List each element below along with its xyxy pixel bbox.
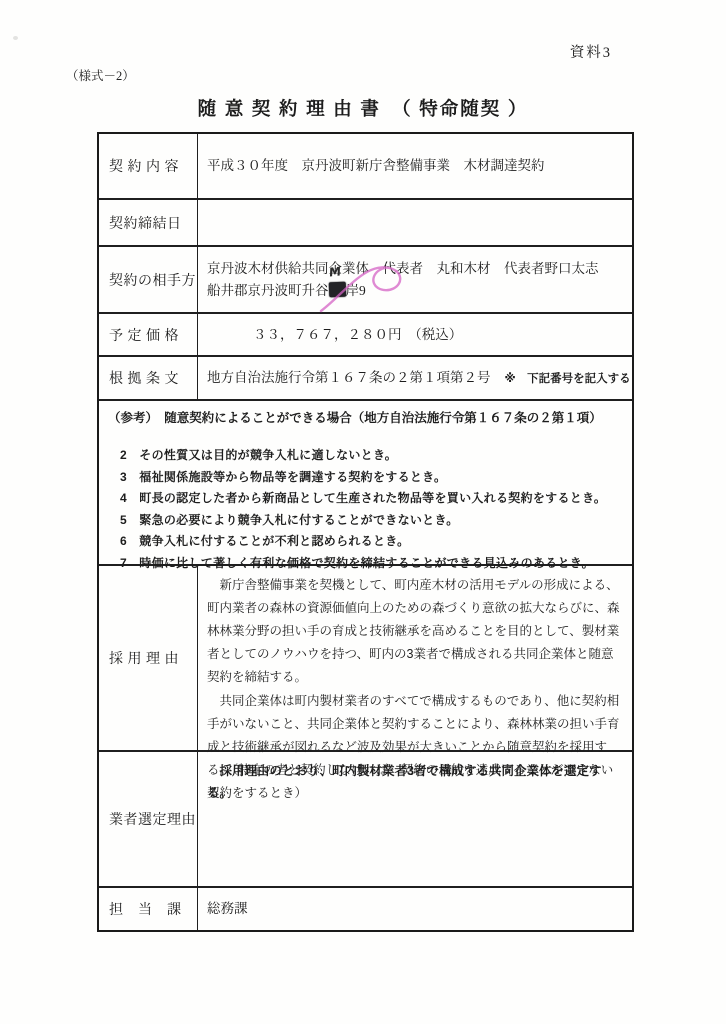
row-value: 地方自治法施行令第１６７条の２第１項第２号 ※ 下記番号を記入する <box>198 357 639 399</box>
reference-item: 3 福祉関係施設等から物品等を調達する契約をするとき。 <box>120 467 622 489</box>
row-value <box>198 200 632 245</box>
legal-basis-text: 地方自治法施行令第１６７条の２第１項第２号 <box>207 367 491 389</box>
counterparty-address-line: 船井郡京丹波町升谷岸9 <box>207 280 624 302</box>
adoption-paragraph: 新庁舎整備事業を契機として、町内産木材の活用モデルの形成による、町内業者の森林の… <box>207 574 624 689</box>
row-vendor-selection-reason: 業者選定理由 採用理由のとおり、町内製材業者3者で構成する共同企業体を選定する。 <box>99 750 632 886</box>
row-label: 契約の相手方 <box>99 247 198 312</box>
address-suffix: 岸9 <box>346 283 366 298</box>
reference-content: （参考） 随意契約によることができる場合（地方自治法施行令第１６７条の２第１項）… <box>99 401 632 564</box>
row-label: 予 定 価 格 <box>99 314 198 355</box>
row-value: 京丹波木材供給共同企業体 代表者 丸和木材 代表者野口太志 船井郡京丹波町升谷岸… <box>198 247 632 312</box>
form-number: （様式－2） <box>66 66 135 84</box>
row-label: 契約締結日 <box>99 200 198 245</box>
row-label: 契 約 内 容 <box>99 134 198 198</box>
row-planned-price: 予 定 価 格 ３３，７６７，２８０円 （税込） <box>99 312 632 355</box>
reference-section: （参考） 随意契約によることができる場合（地方自治法施行令第１６７条の２第１項）… <box>99 399 632 564</box>
reference-item: 2 その性質又は目的が競争入札に適しないとき。 <box>120 445 622 467</box>
row-legal-basis: 根 拠 条 文 地方自治法施行令第１６７条の２第１項第２号 ※ 下記番号を記入す… <box>99 355 632 399</box>
row-adoption-reason: 採 用 理 由 新庁舎整備事業を契機として、町内産木材の活用モデルの形成による、… <box>99 564 632 750</box>
reference-item-list: 2 その性質又は目的が競争入札に適しないとき。 3 福祉関係施設等から物品等を調… <box>108 445 622 574</box>
row-value: 新庁舎整備事業を契機として、町内産木材の活用モデルの形成による、町内業者の森林の… <box>198 566 632 750</box>
contract-reason-table: 契 約 内 容 平成３０年度 京丹波町新庁舎整備事業 木材調達契約 契約締結日 … <box>97 132 634 932</box>
row-department: 担 当 課 総務課 <box>99 886 632 930</box>
page-title: 随 意 契 約 理 由 書 （ 特命随契 ） <box>0 95 726 121</box>
reference-item: 4 町長の認定した者から新商品として生産された物品等を買い入れる契約をするとき。 <box>120 488 622 510</box>
reference-item: 5 緊急の必要により競争入札に付することができないとき。 <box>120 510 622 532</box>
row-contract-content: 契 約 内 容 平成３０年度 京丹波町新庁舎整備事業 木材調達契約 <box>99 134 632 198</box>
row-label: 業者選定理由 <box>99 752 198 886</box>
row-value: ３３，７６７，２８０円 （税込） <box>198 314 632 355</box>
row-value: 採用理由のとおり、町内製材業者3者で構成する共同企業体を選定する。 <box>198 752 632 886</box>
legal-basis-note: ※ 下記番号を記入する <box>505 368 631 390</box>
redaction-mark <box>328 281 346 297</box>
row-label: 採 用 理 由 <box>99 566 198 750</box>
row-counterparty: 契約の相手方 京丹波木材供給共同企業体 代表者 丸和木材 代表者野口太志 船井郡… <box>99 245 632 312</box>
scanned-document-page: 資料3 （様式－2） 随 意 契 約 理 由 書 （ 特命随契 ） 契 約 内 … <box>0 0 726 1024</box>
row-label: 根 拠 条 文 <box>99 357 198 399</box>
counterparty-name-line: 京丹波木材供給共同企業体 代表者 丸和木材 代表者野口太志 <box>207 258 624 280</box>
row-label: 担 当 課 <box>99 888 198 930</box>
legal-basis-line: 地方自治法施行令第１６７条の２第１項第２号 ※ 下記番号を記入する <box>207 367 631 390</box>
scan-speck <box>13 36 18 40</box>
row-contract-date: 契約締結日 <box>99 198 632 245</box>
row-value: 平成３０年度 京丹波町新庁舎整備事業 木材調達契約 <box>198 134 632 198</box>
reference-item: 6 競争入札に付することが不利と認められるとき。 <box>120 531 622 553</box>
row-value: 総務課 <box>198 888 632 930</box>
address-prefix: 船井郡京丹波町升谷 <box>207 283 329 298</box>
doc-reference-number: 資料3 <box>570 41 612 62</box>
reference-heading: （参考） 随意契約によることができる場合（地方自治法施行令第１６７条の２第１項） <box>108 409 622 428</box>
